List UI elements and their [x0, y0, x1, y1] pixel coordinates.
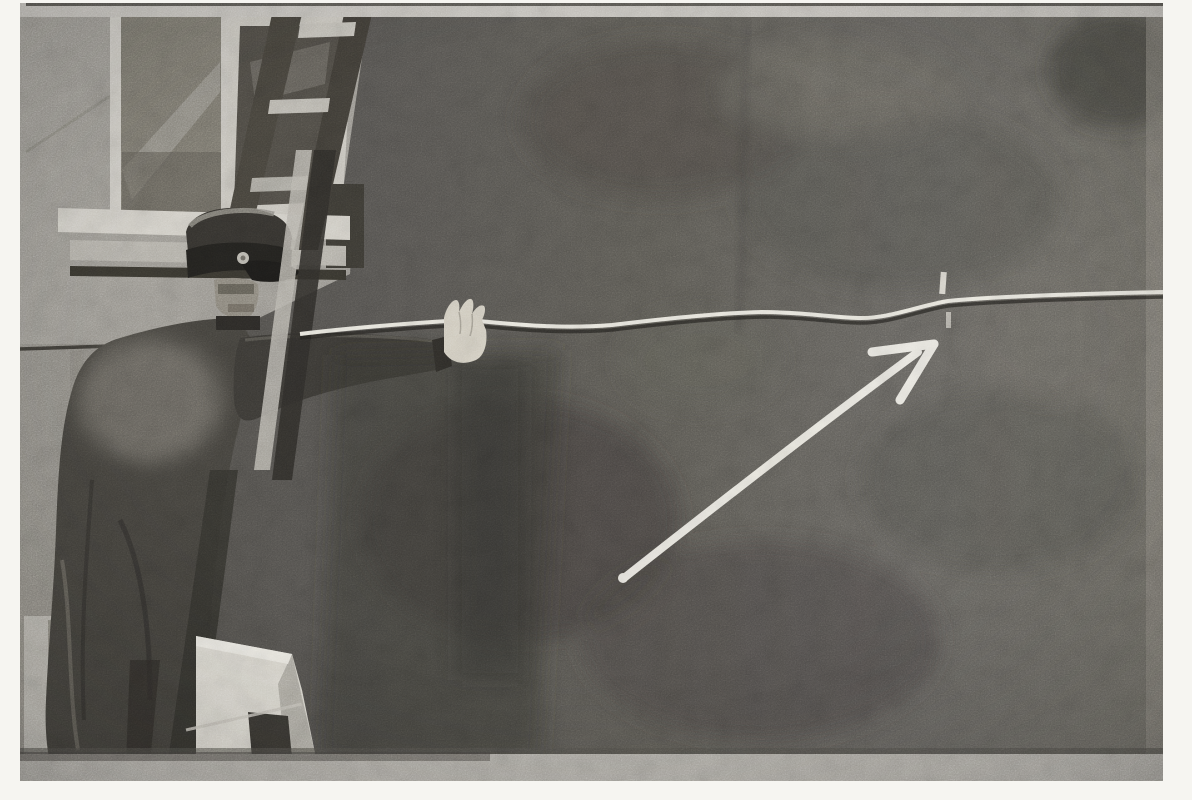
print-mottle: [20, 3, 1163, 781]
photograph: [0, 0, 1192, 800]
page: [0, 0, 1192, 800]
